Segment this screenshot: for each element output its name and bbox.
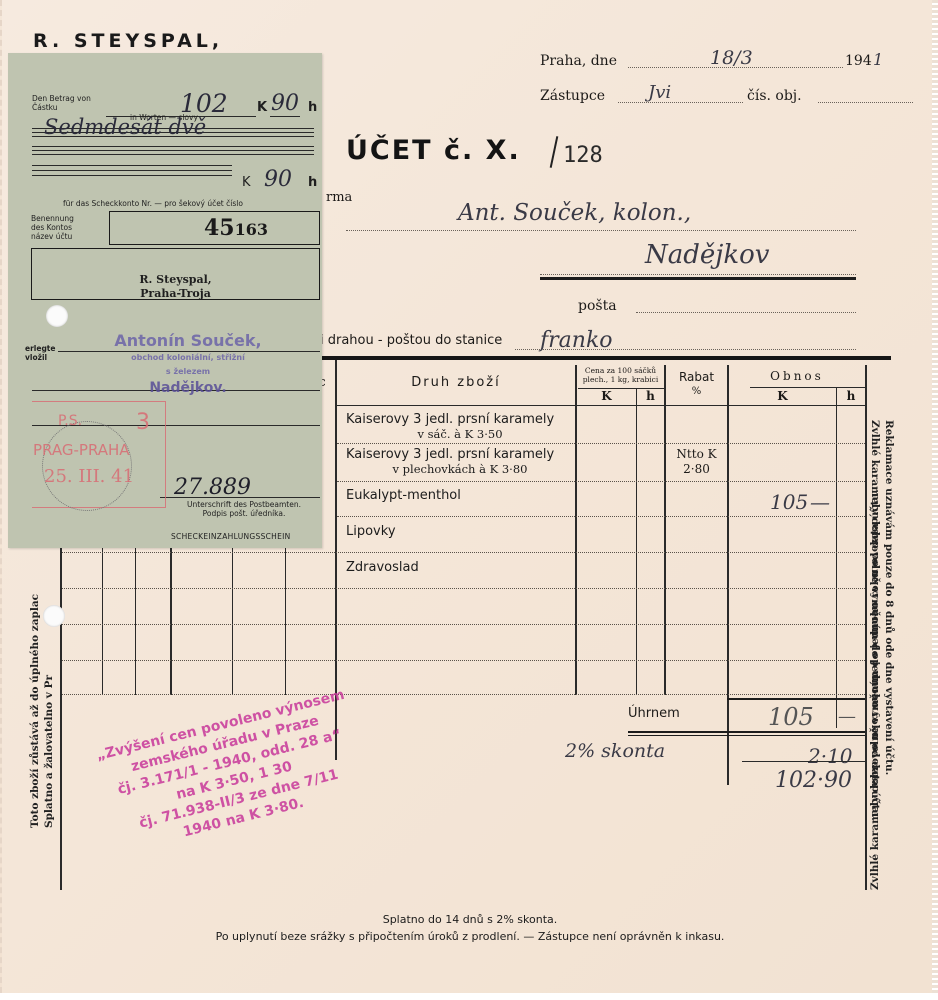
customer-name-handwritten: Ant. Souček, kolon., [458, 200, 691, 226]
amount-h-line [270, 116, 300, 117]
account-name-label-2: des Kontos [31, 223, 74, 232]
cheque-stub: Den Betrag von Částku 102 K 90 h in Wort… [8, 53, 322, 548]
table-right-border [865, 365, 867, 890]
total-k-value: 105 [768, 703, 814, 731]
table-row: Zdravoslad [346, 560, 419, 575]
account-name-label-3: název účtu [31, 232, 74, 241]
item-sub: v plechovkách à K 3·80 [346, 462, 574, 476]
h-unit: h [308, 100, 317, 115]
customer-dotted-line [346, 230, 856, 231]
payee-line2: Praha-Troja [31, 287, 320, 301]
total-bottom-rule-2 [628, 735, 865, 736]
amount-h-handwritten: 90 [271, 91, 299, 116]
account-name-label-1: Benennung [31, 214, 74, 223]
side-note-left-line1: Splatno a žalovatelno v Pr [42, 548, 56, 828]
postal-stamp-office: P.S. [58, 413, 82, 429]
row-separator [337, 516, 865, 517]
k2-unit: K [242, 175, 251, 190]
col-header-amount: Obnos [729, 369, 865, 383]
amount-h-value: — [810, 490, 830, 514]
shipping-label: i drahou - poštou do stanice [320, 333, 502, 348]
invoice-title: ÚČET č. X. [346, 135, 521, 166]
table-row: Lipovky [346, 524, 396, 539]
h2-unit: h [308, 175, 317, 190]
punch-hole [43, 605, 65, 627]
signature-label-cz: Podpis pošt. úředníka. [168, 509, 320, 518]
total-bottom-rule [628, 731, 865, 733]
footer-line2: Po uplynutí beze srážky s připočtením úr… [150, 930, 790, 943]
rep-dotted-line [618, 102, 743, 103]
signature-label: Unterschrift des Postbeamten. Podpis poš… [168, 500, 320, 518]
words-line [32, 170, 232, 171]
order-dotted-line [818, 102, 913, 103]
town-rule [540, 277, 856, 280]
punch-hole [46, 305, 68, 327]
date-handwritten: 18/3 [710, 47, 753, 69]
col-header-price-k: K [577, 389, 636, 403]
col-line [285, 540, 286, 695]
col-header-price: Cena za 100 sáčků plech., 1 kg, krabici [577, 366, 664, 384]
words-line [32, 150, 314, 151]
item-name: Kaiserovy 3 jedl. prsní karamely [346, 447, 554, 462]
signature-label-de: Unterschrift des Postbeamten. [168, 500, 320, 509]
side-note-right-line2b: Zvlhlé karamely dobrovolně vyměním do je… [868, 420, 882, 840]
payer-label-de: erlegte [25, 344, 55, 353]
rabat-value: Ntto K 2·80 [666, 447, 727, 477]
town-dotted-line [540, 274, 856, 275]
postal-handwritten-number: 27.889 [174, 475, 251, 500]
row-separator [62, 552, 865, 553]
col-line [170, 540, 172, 695]
payee: R. Steyspal, Praha-Troja [31, 273, 320, 301]
words-line [32, 154, 314, 155]
date-row: Praha, dne 18/3 194 1 [540, 53, 938, 69]
form-name: SCHECKEINZAHLUNGSSCHEIN [171, 532, 291, 541]
col-line-price-mid [636, 388, 637, 695]
total-top-rule [727, 698, 865, 700]
payer-stamp: Antonín Souček, obchod koloniální, střiž… [68, 331, 308, 396]
col-header-rabat-unit: % [666, 386, 727, 397]
words-handwritten: Sedmdesát dvě [44, 115, 206, 139]
total-label: Úhrnem [628, 706, 680, 721]
paper-perforated-edge [932, 0, 938, 993]
col-header-goods: Druh zboží [337, 375, 575, 390]
shipping-handwritten: franko [540, 328, 613, 353]
postal-stamp-date: 25. III. 41 [44, 466, 134, 487]
account-label: für das Scheckkonto Nr. — pro šekový úče… [63, 199, 243, 208]
year-handwritten: 1 [873, 50, 883, 69]
table-row: Kaiserovy 3 jedl. prsní karamely v plech… [346, 447, 574, 476]
col-line [102, 540, 103, 695]
payer-label: erlegte vložil [25, 344, 55, 362]
row-separator [62, 660, 865, 661]
col-line-amount-mid [836, 388, 837, 728]
header-bottom-rule [335, 405, 865, 406]
col-line [232, 540, 233, 695]
col-line-amount-left [727, 365, 729, 785]
account-number-small: 163 [235, 220, 268, 239]
customer-town-handwritten: Nadějkov [645, 240, 769, 270]
col-header-rabat: Rabat [666, 370, 727, 384]
side-note-right-block: Reklamace uznávám pouze do 8 dnů ode dne… [868, 420, 896, 840]
postal-stamp-number: 3 [136, 410, 150, 435]
item-name: Zdravoslad [346, 560, 419, 575]
row-separator [62, 588, 865, 589]
col-header-price-h: h [637, 389, 664, 403]
footer-line1: Splatno do 14 dnů s 2% skonta. [150, 913, 790, 926]
order-label: čís. obj. [747, 88, 802, 104]
item-name: Lipovky [346, 524, 396, 539]
words-line [32, 146, 314, 147]
amount-label-cz: Částku [32, 103, 91, 112]
side-note-left-block: Toto zboží zůstává až do úplného zaplac … [28, 548, 58, 828]
posta-dotted-line [636, 312, 856, 313]
posta-label: pošta [578, 298, 617, 314]
invoice-number: 128 [563, 143, 603, 168]
discount-handwritten: 2% skonta [565, 740, 665, 762]
table-row: Eukalypt-menthol [346, 488, 461, 503]
company-name: R. STEYSPAL, [33, 30, 223, 52]
row-separator [337, 443, 865, 444]
account-name-label: Benennung des Kontos název účtu [31, 214, 74, 241]
final-amount: 102·90 [775, 768, 852, 793]
payer-label-cz: vložil [25, 353, 55, 362]
payer-stamp-line2: obchod koloniální, střižní [68, 353, 308, 362]
representative-row: Zástupce Jvi čís. obj. [540, 88, 938, 104]
side-note-left-line2: Toto zboží zůstává až do úplného zaplac [28, 548, 42, 828]
col-line-rabat-left [664, 365, 666, 695]
row-separator [62, 624, 865, 625]
words-line [32, 165, 232, 166]
words-line [32, 175, 232, 176]
col-line-price-left [575, 365, 577, 695]
item-name: Kaiserovy 3 jedl. prsní karamely [346, 412, 554, 427]
amount-label: Den Betrag von Částku [32, 94, 91, 112]
row-separator [337, 481, 865, 482]
account-number-big: 45 [204, 215, 235, 241]
amount-sub-rule [750, 387, 865, 388]
col-header-amount-k: K [729, 389, 836, 403]
account-number: 45163 [204, 215, 268, 241]
amount-h2-handwritten: 90 [264, 167, 292, 192]
place-label: Praha, dne [540, 53, 617, 69]
side-note-right-line1: Reklamace uznávám pouze do 8 dnů ode dne… [882, 420, 896, 840]
rep-handwritten: Jvi [648, 82, 671, 103]
amount-label-de: Den Betrag von [32, 94, 91, 103]
row-separator [62, 694, 865, 695]
subtotal-rule [742, 761, 865, 762]
col-line [135, 540, 136, 695]
amount-k-value: 105 [770, 490, 808, 514]
table-row: Kaiserovy 3 jedl. prsní karamely v sáč. … [346, 412, 574, 441]
postal-stamp-city: PRAG-PRAHA [33, 441, 130, 459]
firma-label: rma [326, 190, 352, 205]
col-header-amount-h: h [837, 389, 865, 403]
k-unit: K [257, 100, 267, 115]
total-h-value: — [838, 706, 856, 727]
payee-line1: R. Steyspal, [31, 273, 320, 287]
payer-stamp-line1: Antonín Souček, [68, 331, 308, 350]
rep-label: Zástupce [540, 88, 605, 104]
item-name: Eukalypt-menthol [346, 488, 461, 503]
payer-stamp-line3: s železem [68, 367, 308, 376]
payer-stamp-line4: Nadějkov. [68, 380, 308, 396]
discount-amount: 2·10 [808, 744, 853, 768]
year-prefix: 194 [845, 53, 872, 69]
item-sub: v sáč. à K 3·50 [346, 427, 574, 441]
